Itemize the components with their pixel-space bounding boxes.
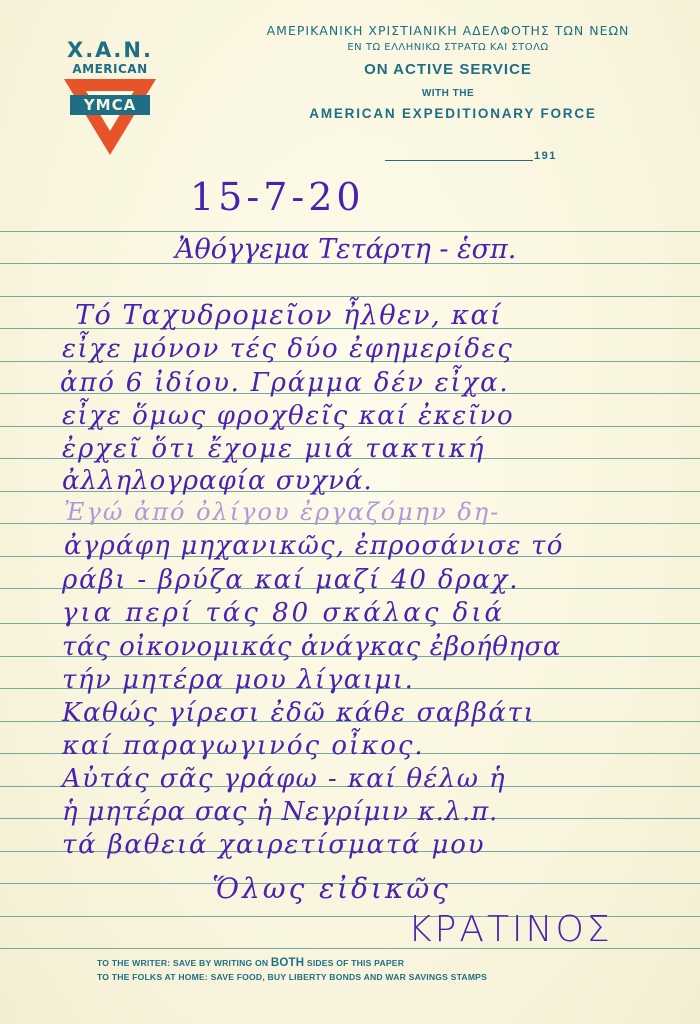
ruled-line <box>0 231 700 232</box>
body-line: ἀγράφη μηχανικῶς, ἐπροσάνισε τό <box>64 533 564 559</box>
body-line: ἀλληλογραφία συχνά. <box>62 468 373 494</box>
ruled-line <box>0 296 700 297</box>
greek-title-line: ΑΜΕΡΙΚΑΝΙΚΗ ΧΡΙΣΤΙΑΝΙΚΗ ΑΔΕΛΦΟΤΗΣ ΤΩΝ ΝΕ… <box>258 22 638 40</box>
footer-folks-bold: FOOD, BUY LIBERTY BONDS AND WAR SAVINGS … <box>237 972 487 982</box>
body-line: Τό Ταχυδρομεῖον ἦλθεν, καί <box>75 302 502 329</box>
body-line: Καθώς γίρεσι ἐδῶ κάθε σαββάτι <box>62 700 535 726</box>
body-line: για περί τάς 80 σκάλας διά <box>62 600 505 626</box>
date-year-prefix: 191 <box>534 150 557 162</box>
logo-american-text: AMERICAN <box>60 62 160 76</box>
body-line: τάς οἰκονομικάς ἀνάγκας ἐβοήθησα <box>62 634 561 660</box>
footer-writer-line: TO THE WRITER: SAVE BY WRITING ON BOTH S… <box>97 957 404 969</box>
body-line: ἡ μητέρα σας ἡ Νεγρίμιν κ.λ.π. <box>62 799 498 825</box>
logo-ymca-badge: YMCA <box>70 95 150 115</box>
body-line: ἐρχεῖ ὅτι ἔχομε μιά τακτική <box>62 436 485 462</box>
logo-xan-text: Χ.Α.Ν. <box>60 38 160 62</box>
closing-line: Ὅλως εἰδικῶς <box>212 875 451 903</box>
expeditionary-force-line: AMERICAN EXPEDITIONARY FORCE <box>268 104 638 124</box>
body-line: εἶχε μόνον τές δύο ἐφημερίδες <box>62 336 513 362</box>
footer-writer-text: TO THE WRITER: SAVE BY WRITING ON <box>97 958 271 968</box>
ymca-red-triangle-icon <box>64 79 156 155</box>
body-line-faint: Ἐγώ ἀπό ὀλίγου ἐργαζόμην δη- <box>64 500 500 524</box>
signature: ΚΡΑΤΙΝΟΣ <box>408 912 613 948</box>
body-line: Αὐτάς σᾶς γράφω - καί θέλω ἡ <box>62 766 506 792</box>
footer-writer-suffix: SIDES OF THIS PAPER <box>304 958 404 968</box>
body-line: τήν μητέρα μου λίγαιμι. <box>62 667 414 693</box>
body-line: καί παραγωγινός οἶκος. <box>62 733 425 759</box>
body-line: εἶχε ὅμως φροχθεῖς καί ἐκεῖνο <box>62 403 514 429</box>
handwritten-date: 15-7-20 <box>190 178 365 216</box>
footer-folks-text: TO THE FOLKS AT HOME: SAVE <box>97 972 237 982</box>
body-line: τά βαθειά χαιρετίσματά μου <box>62 832 485 858</box>
body-line: ἀπό 6 ἰδίου. Γράμμα δέν εἶχα. <box>60 370 510 396</box>
with-the-line: WITH THE <box>258 84 638 104</box>
handwritten-place-line: Ἀθόγγεμα Τετάρτη - ἑσπ. <box>175 236 516 263</box>
footer-both-word: BOTH <box>271 957 304 969</box>
ymca-logo: Χ.Α.Ν. AMERICAN YMCA <box>60 38 160 158</box>
letterhead-header: ΑΜΕΡΙΚΑΝΙΚΗ ΧΡΙΣΤΙΑΝΙΚΗ ΑΔΕΛΦΟΤΗΣ ΤΩΝ ΝΕ… <box>258 22 638 124</box>
date-blank-line <box>385 160 533 161</box>
active-service-line: ON ACTIVE SERVICE <box>258 58 638 82</box>
body-line: ράβι - βρύζα καί μαζί 40 δραχ. <box>62 567 519 593</box>
footer-folks-line: TO THE FOLKS AT HOME: SAVE FOOD, BUY LIB… <box>97 972 487 982</box>
greek-subtitle-line: ΕΝ ΤΩ ΕΛΛΗΝΙΚΩ ΣΤΡΑΤΩ ΚΑΙ ΣΤΟΛΩ <box>258 40 638 56</box>
